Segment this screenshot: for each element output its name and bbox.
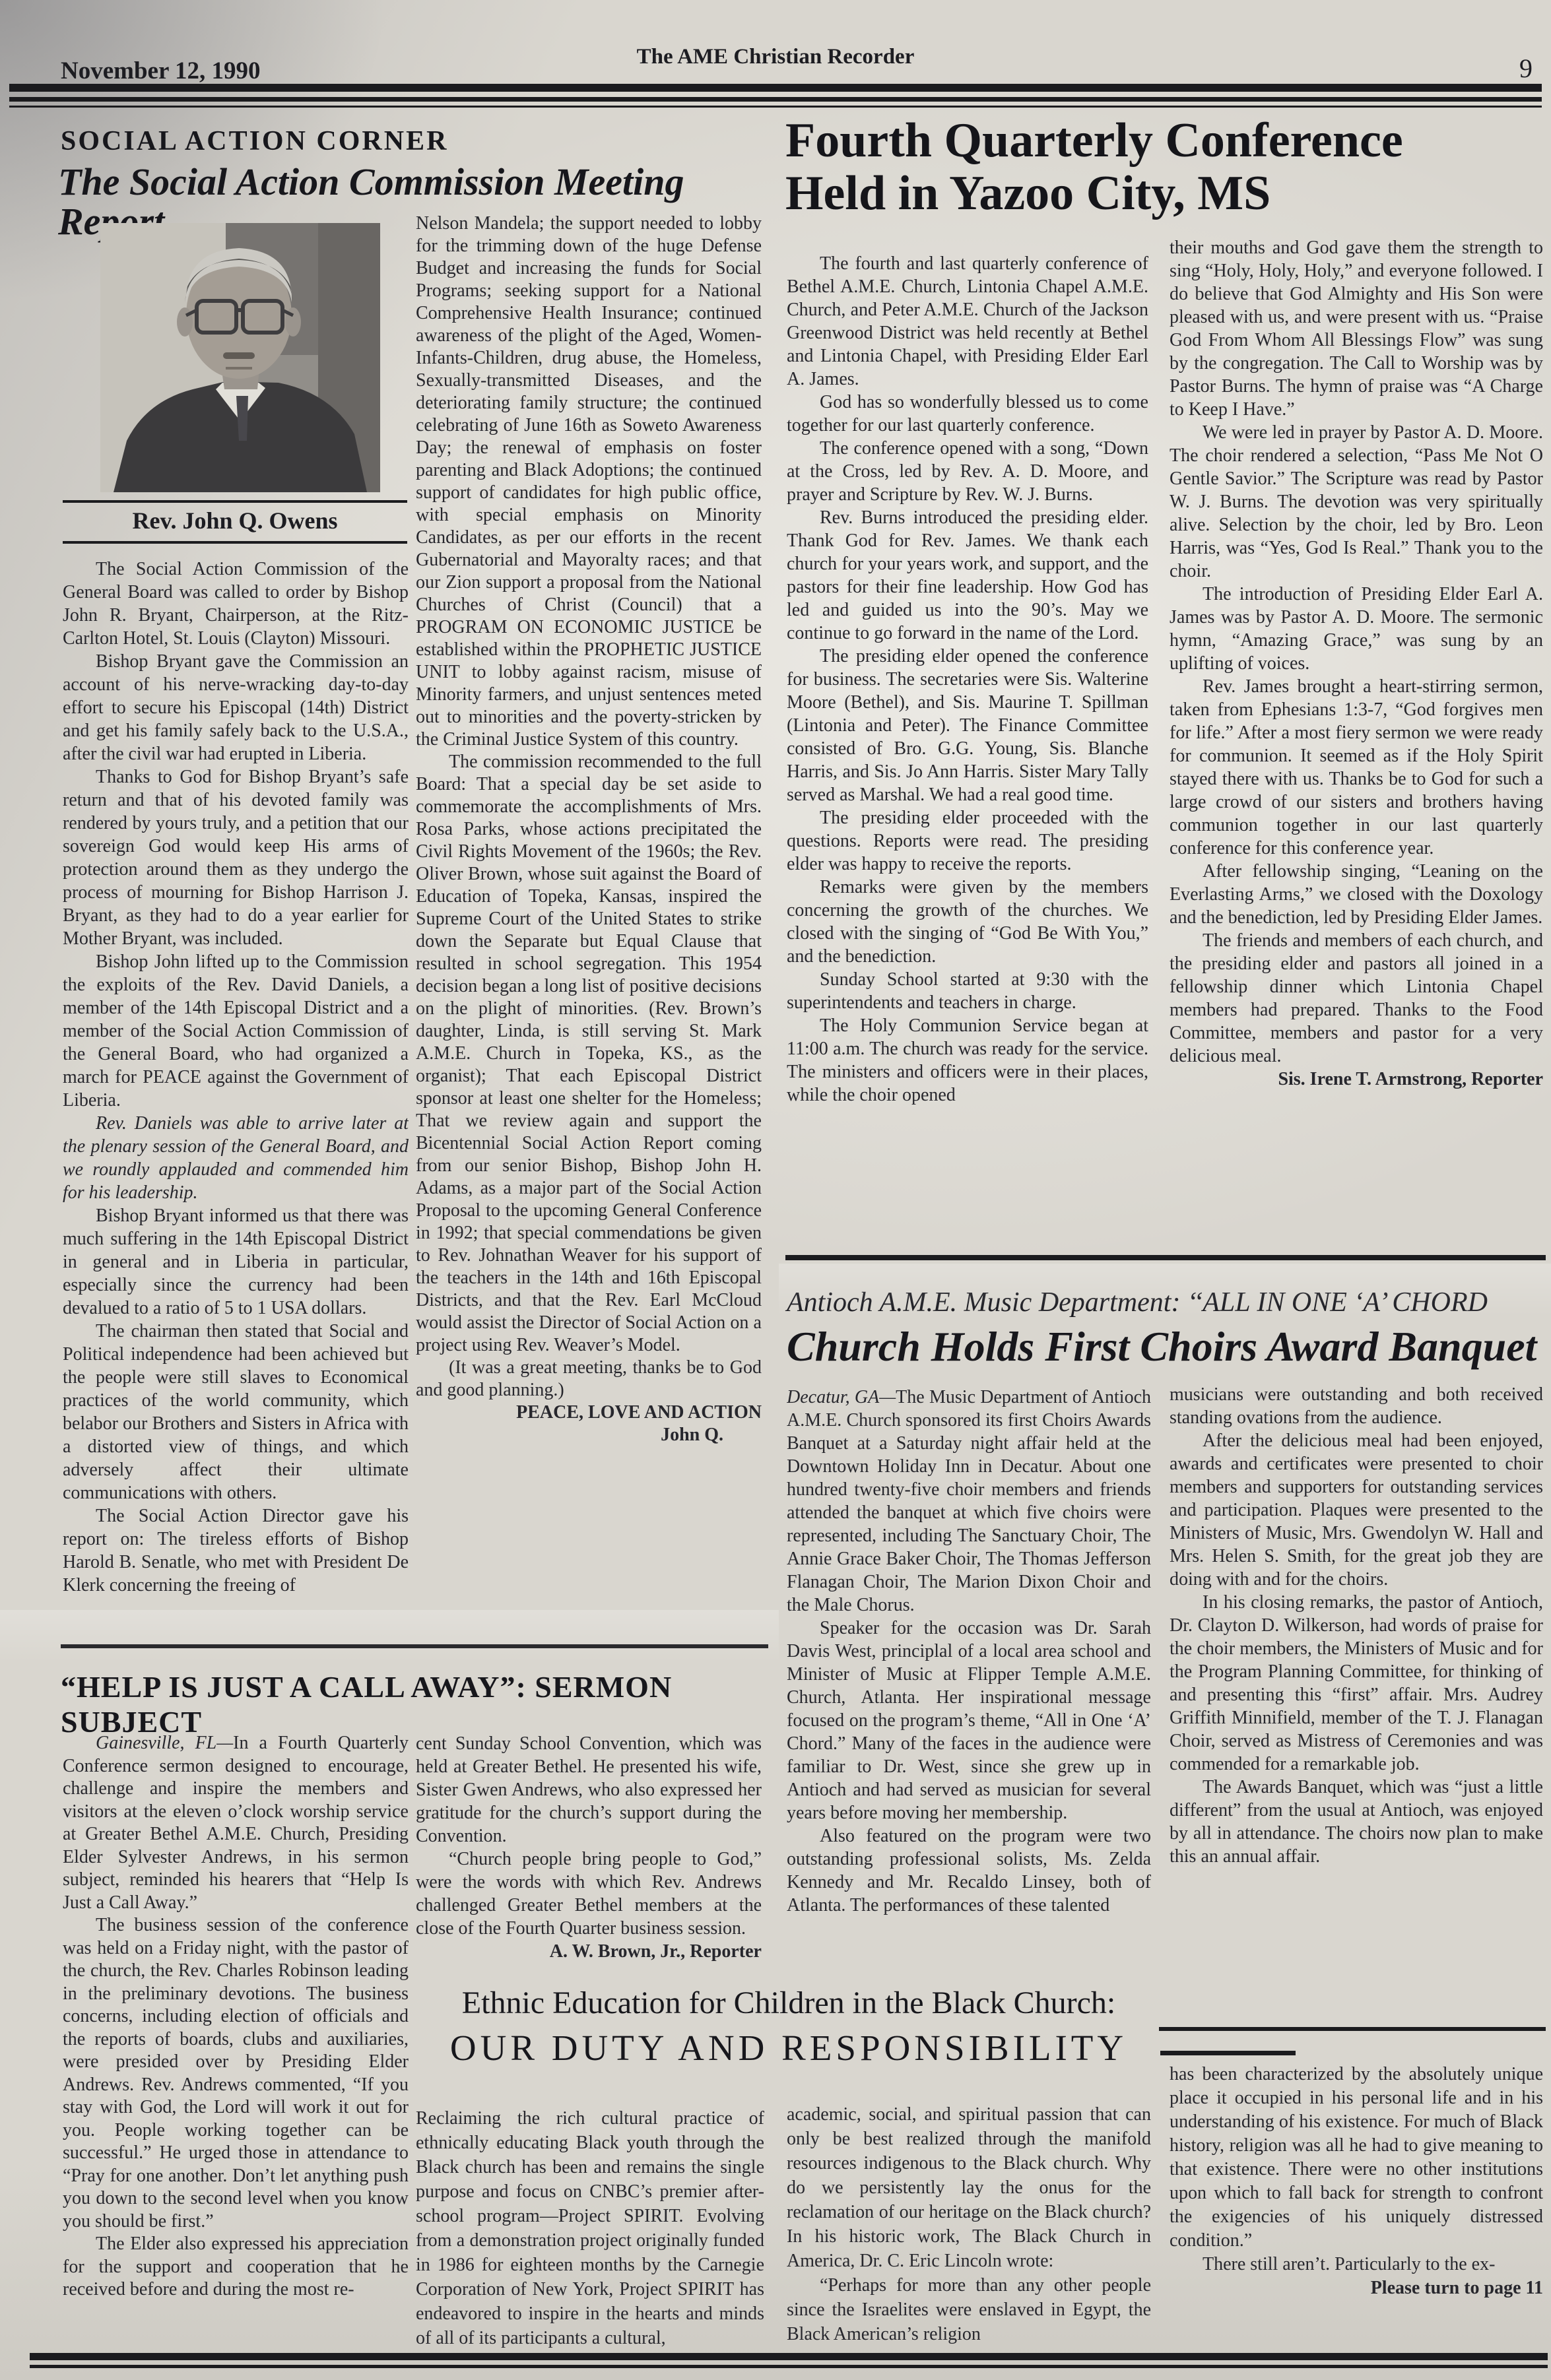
ethnic-column-3-list: has been characterized by the absolutely… — [1170, 2063, 1543, 2276]
antioch-column-2: musicians were outstanding and both rece… — [1170, 1383, 1543, 2000]
newspaper-page: November 12, 1990 The AME Christian Reco… — [0, 0, 1551, 2380]
paragraph: After fellowship singing, “Leaning on th… — [1170, 860, 1543, 929]
paragraph: “Perhaps for more than any other people … — [787, 2273, 1151, 2346]
paragraph: Bishop Bryant informed us that there was… — [63, 1204, 409, 1320]
antioch-column-1: Decatur, GA—The Music Department of Anti… — [787, 1386, 1151, 1966]
antioch-headline: Church Holds First Choirs Award Banquet — [787, 1325, 1546, 1369]
paragraph: After the delicious meal had been enjoye… — [1170, 1429, 1543, 1591]
antioch-end-rule — [1159, 2027, 1546, 2031]
paragraph: Rev. James brought a heart-stirring serm… — [1170, 675, 1543, 860]
ethnic-headline-dash — [1160, 2051, 1296, 2055]
masthead: The AME Christian Recorder — [0, 45, 1551, 69]
paragraph: The commission recommended to the full B… — [416, 751, 762, 1357]
paragraph: Speaker for the occasion was Dr. Sarah D… — [787, 1617, 1151, 1824]
paragraph: The presiding elder proceeded with the q… — [787, 806, 1148, 876]
paragraph: Nelson Mandela; the support needed to lo… — [416, 212, 762, 751]
social-action-column-2-list: Nelson Mandela; the support needed to lo… — [416, 212, 762, 1401]
paragraph: Remarks were given by the members concer… — [787, 876, 1148, 968]
paragraph: Sunday School started at 9:30 with the s… — [787, 968, 1148, 1014]
paragraph: God has so wonderfully blessed us to com… — [787, 391, 1148, 437]
paragraph: The Social Action Commission of the Gene… — [63, 558, 409, 650]
paragraph: musicians were outstanding and both rece… — [1170, 1383, 1543, 1429]
paragraph: (It was a great meeting, thanks be to Go… — [416, 1357, 762, 1401]
paragraph: The conference opened with a song, “Down… — [787, 437, 1148, 506]
paragraph: The Holy Communion Service began at 11:0… — [787, 1014, 1148, 1107]
caption-rule-top — [63, 500, 407, 503]
social-action-kicker: SOCIAL ACTION CORNER — [61, 125, 448, 157]
paragraph: Bishop Bryant gave the Commission an acc… — [63, 650, 409, 765]
paragraph: The Awards Banquet, which was “just a li… — [1170, 1776, 1543, 1868]
ethnic-headline-line2: OUR DUTY AND RESPONSIBILITY — [422, 2027, 1155, 2069]
yazoo-column-2: their mouths and God gave them the stren… — [1170, 236, 1543, 1219]
header-rule-medium — [9, 97, 1542, 102]
yazoo-headline-line1: Fourth Quarterly Conference — [785, 116, 1548, 165]
footer-rule-thick — [30, 2353, 1548, 2360]
yazoo-antioch-divider-rule — [785, 1255, 1546, 1260]
help-column-2: cent Sunday School Convention, which was… — [416, 1732, 762, 1973]
ethnic-column-1: Reclaiming the rich cultural practice of… — [416, 2106, 764, 2370]
paragraph: The fourth and last quarterly conference… — [787, 252, 1148, 391]
caption-rule-bottom — [63, 541, 407, 544]
paragraph: Rev. Daniels was able to arrive later at… — [63, 1112, 409, 1204]
paragraph: We were led in prayer by Pastor A. D. Mo… — [1170, 421, 1543, 583]
footer-rule-thin — [30, 2365, 1548, 2368]
ethnic-column-3: has been characterized by the absolutely… — [1170, 2063, 1543, 2327]
paragraph: Decatur, GA—The Music Department of Anti… — [787, 1386, 1151, 1617]
continuation-note: Please turn to page 11 — [1170, 2276, 1543, 2300]
ethnic-headline-line1: Ethnic Education for Children in the Bla… — [422, 1985, 1155, 2021]
yazoo-column-2-list: their mouths and God gave them the stren… — [1170, 236, 1543, 1068]
paragraph: Gainesville, FL—In a Fourth Quarterly Co… — [63, 1732, 409, 1914]
paragraph: The chairman then stated that Social and… — [63, 1320, 409, 1504]
paragraph: The Social Action Director gave his repo… — [63, 1504, 409, 1597]
paragraph: The presiding elder opened the conferenc… — [787, 645, 1148, 806]
paragraph: The Elder also expressed his appreciatio… — [63, 2233, 409, 2301]
help-column-1: Gainesville, FL—In a Fourth Quarterly Co… — [63, 1732, 409, 2352]
help-headline: “HELP IS JUST A CALL AWAY”: SERMON SUBJE… — [61, 1669, 768, 1739]
paragraph: Reclaiming the rich cultural practice of… — [416, 2106, 764, 2350]
social-action-signoff-line2: John Q. — [416, 1424, 762, 1446]
paragraph: Thanks to God for Bishop Bryant’s safe r… — [63, 765, 409, 950]
social-action-signoff-line1: PEACE, LOVE AND ACTION — [416, 1401, 762, 1424]
social-action-column-1: The Social Action Commission of the Gene… — [63, 558, 409, 1674]
paragraph: cent Sunday School Convention, which was… — [416, 1732, 762, 1848]
antioch-kicker: Antioch A.M.E. Music Department: ‘‘ALL I… — [787, 1287, 1546, 1318]
paragraph: Bishop John lifted up to the Commission … — [63, 950, 409, 1112]
header-rule-thick — [9, 84, 1542, 92]
help-top-rule — [61, 1644, 768, 1648]
paragraph: Rev. Burns introduced the presiding elde… — [787, 506, 1148, 645]
photo-caption: Rev. John Q. Owens — [63, 507, 407, 534]
paragraph: academic, social, and spiritual passion … — [787, 2102, 1151, 2273]
help-signoff: A. W. Brown, Jr., Reporter — [416, 1940, 762, 1963]
page-number: 9 — [1519, 53, 1533, 84]
paragraph: The business session of the conference w… — [63, 1914, 409, 2233]
paragraph: In his closing remarks, the pastor of An… — [1170, 1591, 1543, 1776]
yazoo-signoff: Sis. Irene T. Armstrong, Reporter — [1170, 1068, 1543, 1091]
paragraph: has been characterized by the absolutely… — [1170, 2063, 1543, 2253]
paragraph: their mouths and God gave them the stren… — [1170, 236, 1543, 421]
yazoo-column-1: The fourth and last quarterly conference… — [787, 252, 1148, 1227]
yazoo-headline-line2: Held in Yazoo City, MS — [785, 169, 1548, 218]
paragraph: The friends and members of each church, … — [1170, 929, 1543, 1068]
paragraph: There still aren’t. Particularly to the … — [1170, 2253, 1543, 2276]
ethnic-column-2: academic, social, and spiritual passion … — [787, 2102, 1151, 2369]
header-rule-thin — [9, 106, 1542, 108]
help-column-2-list: cent Sunday School Convention, which was… — [416, 1732, 762, 1940]
social-action-column-2: Nelson Mandela; the support needed to lo… — [416, 212, 762, 1539]
paragraph: “Church people bring people to God,” wer… — [416, 1848, 762, 1940]
paragraph: Also featured on the program were two ou… — [787, 1824, 1151, 1917]
paragraph: The introduction of Presiding Elder Earl… — [1170, 583, 1543, 675]
portrait-photo-illustration — [100, 223, 380, 492]
portrait-photo — [100, 223, 380, 492]
